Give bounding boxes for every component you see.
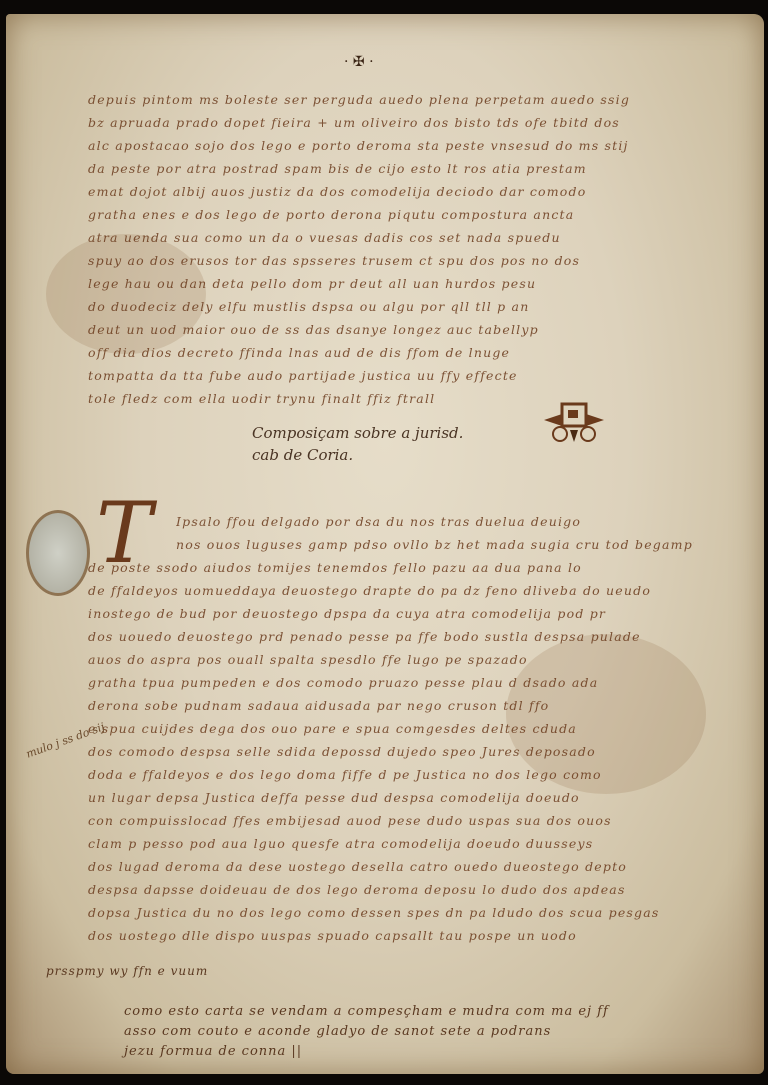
manuscript-line: do duodeciz dely elfu mustlis dspsa ou a… [88,299,694,314]
manuscript-line: depuis pintom ms boleste ser perguda aue… [88,92,694,107]
manuscript-line: lege hau ou dan deta pello dom pr deut a… [88,276,694,291]
manuscript-line: emat dojot albij auos justiz da dos como… [88,184,694,199]
manuscript-page: · ✠ · depuis pintom ms boleste ser pergu… [6,14,764,1074]
manuscript-line: dos uouedo deuostego prd penado pesse pa… [88,629,694,644]
footer-line-1: como esto carta se vendam a compesçham e… [124,1004,609,1019]
manuscript-line: tompatta da tta fube audo partijade just… [88,368,694,383]
manuscript-line: clam p pesso pod aua lguo quesfe atra co… [88,836,694,851]
manuscript-line: dos lugad deroma da dese uostego desella… [88,859,694,874]
bottom-note: prsspmy wy ffn e vuum [46,964,208,978]
manuscript-line: de poste ssodo aiudos tomijes tenemdos f… [88,560,694,575]
manuscript-line: da peste por atra postrad spam bis de ci… [88,161,694,176]
manuscript-line: off dia dios decreto ffinda lnas aud de … [88,345,694,360]
manuscript-line: dos uostego dlle dispo uuspas spuado cap… [88,928,694,943]
manuscript-line: auos do aspra pos ouall spalta spesdlo f… [88,652,694,667]
manuscript-line: con compuisslocad ffes embijesad auod pe… [88,813,694,828]
page-mark: · ✠ · [344,54,374,70]
manuscript-line: derona sobe pudnam sadaua aidusada par n… [88,698,694,713]
manuscript-line: dos comodo despsa selle sdida depossd du… [88,744,694,759]
manuscript-line: gratha tpua pumpeden e dos comodo pruazo… [88,675,694,690]
manuscript-line: alc apostacao sojo dos lego e porto dero… [88,138,694,153]
notarial-sign-icon [544,394,604,454]
manuscript-line: Ipsalo ffou delgado por dsa du nos tras … [176,514,694,529]
footer-line-2: asso com couto e aconde gladyo de sanot … [124,1024,551,1039]
manuscript-line: gratha enes e dos lego de porto derona p… [88,207,694,222]
wax-seal-stain [26,510,90,596]
manuscript-line: un lugar depsa Justica deffa pesse dud d… [88,790,694,805]
manuscript-line: inostego de bud por deuostego dpspa da c… [88,606,694,621]
manuscript-line: doda e ffaldeyos e dos lego doma fiffe d… [88,767,694,782]
manuscript-line: despsa dapsse doideuau de dos lego derom… [88,882,694,897]
manuscript-line: deut un uod maior ouo de ss das dsanye l… [88,322,694,337]
manuscript-line: atra uenda sua como un da o vuesas dadis… [88,230,694,245]
footer-line-3: jezu formua de conna || [124,1044,302,1059]
manuscript-line: spuy ao dos erusos tor das spsseres trus… [88,253,694,268]
manuscript-line: nos ouos luguses gamp pdso ovllo bz het … [176,537,694,552]
manuscript-line: dopsa Justica du no dos lego como dessen… [88,905,694,920]
manuscript-line: de ffaldeyos uomueddaya deuostego drapte… [88,583,694,598]
manuscript-line: e spua cuijdes dega dos ouo pare e spua … [88,721,694,736]
annotation-line-1: Composiçam sobre a jurisd. [252,424,463,442]
manuscript-line: bz apruada prado dopet fieira + um olive… [88,115,694,130]
annotation-line-2: cab de Coria. [252,446,353,464]
